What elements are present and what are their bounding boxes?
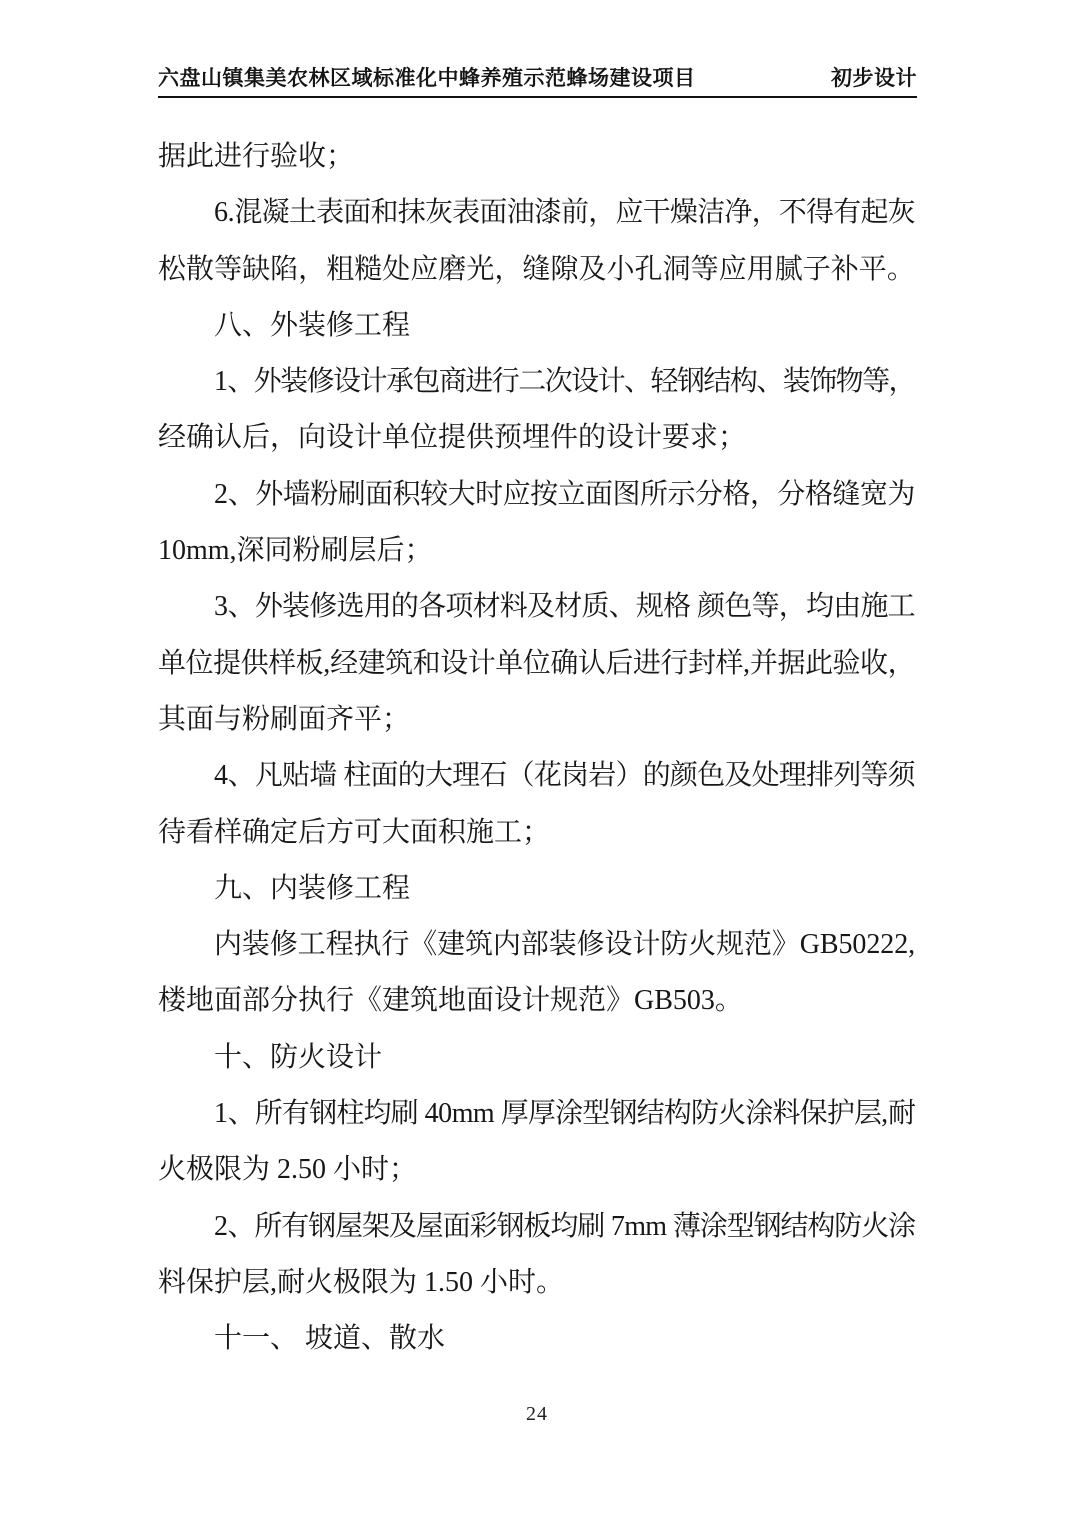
header-doc-type: 初步设计 (831, 66, 917, 91)
text-line: 料保护层,耐火极限为 1.50 小时。 (158, 1255, 915, 1311)
text-line: 楼地面部分执行《建筑地面设计规范》GB503。 (158, 973, 915, 1029)
text-line: 九、内装修工程 (158, 861, 915, 917)
text-line: 经确认后，向设计单位提供预埋件的设计要求； (158, 410, 915, 466)
text-line: 2、所有钢屋架及屋面彩钢板均刷 7mm 薄涂型钢结构防火涂 (158, 1199, 915, 1255)
page-footer: 24 (0, 1403, 1074, 1426)
text-line: 1、所有钢柱均刷 40mm 厚厚涂型钢结构防火涂料保护层,耐 (158, 1086, 915, 1142)
text-line: 八、外装修工程 (158, 298, 915, 354)
text-line: 十、防火设计 (158, 1030, 915, 1086)
text-line: 1、外装修设计承包商进行二次设计、轻钢结构、装饰物等， (158, 354, 915, 410)
text-line: 火极限为 2.50 小时； (158, 1142, 915, 1198)
page-number: 24 (526, 1403, 548, 1425)
text-line: 待看样确定后方可大面积施工； (158, 805, 915, 861)
text-line: 3、外装修选用的各项材料及材质、规格 颜色等，均由施工 (158, 579, 915, 635)
document-page: 六盘山镇集美农林区域标准化中蜂养殖示范蜂场建设项目 初步设计 据此进行验收；6.… (0, 0, 1074, 1520)
document-body: 据此进行验收；6.混凝土表面和抹灰表面油漆前，应干燥洁净，不得有起灰松散等缺陷，… (158, 129, 915, 1368)
text-line: 2、外墙粉刷面积较大时应按立面图所示分格，分格缝宽为 (158, 467, 915, 523)
text-line: 6.混凝土表面和抹灰表面油漆前，应干燥洁净，不得有起灰 (158, 185, 915, 241)
text-line: 其面与粉刷面齐平； (158, 692, 915, 748)
text-line: 10mm,深同粉刷层后； (158, 523, 915, 579)
text-line: 内装修工程执行《建筑内部装修设计防火规范》GB50222, (158, 917, 915, 973)
header-project-title: 六盘山镇集美农林区域标准化中蜂养殖示范蜂场建设项目 (158, 66, 696, 91)
text-line: 十一、 坡道、散水 (158, 1311, 915, 1367)
text-line: 单位提供样板,经建筑和设计单位确认后进行封样,并据此验收， (158, 636, 915, 692)
page-header: 六盘山镇集美农林区域标准化中蜂养殖示范蜂场建设项目 初步设计 (158, 66, 917, 98)
text-line: 4、凡贴墙 柱面的大理石（花岗岩）的颜色及处理排列等须 (158, 748, 915, 804)
text-line: 据此进行验收； (158, 129, 915, 185)
text-line: 松散等缺陷，粗糙处应磨光，缝隙及小孔洞等应用腻子补平。 (158, 242, 915, 298)
